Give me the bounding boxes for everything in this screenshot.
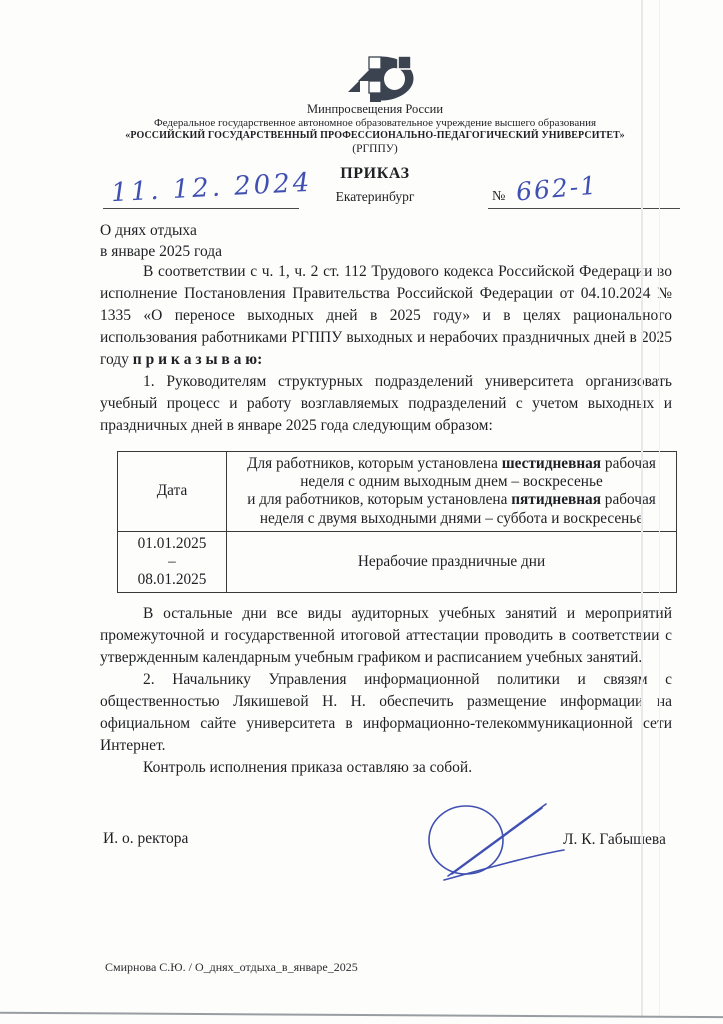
- number-field: № 662-1: [488, 180, 680, 209]
- ministry-name: Минпросвещения России: [80, 102, 670, 117]
- signatory-position: И. о. ректора: [103, 830, 188, 848]
- paragraph-preamble: В соответствии с ч. 1, ч. 2 ст. 112 Труд…: [100, 261, 672, 371]
- handwritten-signature: [418, 792, 578, 884]
- header-cell-description: Для работников, которым установлена шест…: [227, 452, 677, 532]
- date-from: 01.01.2025: [124, 535, 220, 553]
- ministry-logo-icon: [348, 55, 415, 102]
- org-full-name-line1: Федеральное государственное автономное о…: [60, 117, 690, 129]
- cell-date-range: 01.01.2025 – 08.01.2025: [118, 531, 227, 592]
- header-desc-line3: и для работников, которым установлена пя…: [233, 491, 670, 509]
- order-subject: О днях отдыха в январе 2025 года: [100, 220, 400, 262]
- scan-fold-line: [641, 0, 643, 1016]
- header-desc-line2: неделя с одним выходным днем – воскресен…: [233, 473, 670, 491]
- desc-l1-tail: рабочая: [601, 455, 656, 472]
- paragraph-other-days: В остальные дни все виды аудиторных учеб…: [100, 603, 672, 669]
- executor-footer: Смирнова С.Ю. / О_днях_отдыха_в_январе_2…: [105, 960, 358, 975]
- desc-l3-tail: рабочая: [601, 491, 656, 508]
- number-sign: №: [492, 189, 505, 205]
- desc-l3-normal: и для работников, которым установлена: [247, 491, 511, 508]
- desc-l3-bold: пятидневная: [511, 491, 601, 508]
- body-main: В остальные дни все виды аудиторных учеб…: [100, 603, 672, 779]
- signatory-name: Л. К. Габышева: [563, 831, 666, 849]
- prikazyvayu-keyword: п р и к а з ы в а ю:: [133, 351, 263, 368]
- org-full-name-line2: «РОССИЙСКИЙ ГОСУДАРСТВЕННЫЙ ПРОФЕССИОНАЛ…: [60, 130, 690, 141]
- date-field: 11. 12. 2024: [103, 177, 299, 209]
- subject-line-1: О днях отдыха: [100, 220, 400, 241]
- paragraph-item-1: 1. Руководителям структурных подразделен…: [100, 371, 672, 437]
- holidays-table: Дата Для работников, которым установлена…: [117, 451, 677, 593]
- scan-fold-line-2: [659, 0, 660, 1016]
- body-intro: В соответствии с ч. 1, ч. 2 ст. 112 Труд…: [100, 261, 672, 437]
- paragraph-item-2: 2. Начальнику Управления информационной …: [100, 669, 672, 757]
- header-desc-line1: Для работников, которым установлена шест…: [233, 455, 670, 473]
- handwritten-number: 662-1: [515, 170, 599, 206]
- paragraph-control: Контроль исполнения приказа оставляю за …: [100, 757, 672, 779]
- scan-page-bottom-edge: [0, 1012, 723, 1019]
- date-to: 08.01.2025: [124, 571, 220, 589]
- desc-l1-normal: Для работников, которым установлена: [247, 455, 502, 472]
- desc-l1-bold: шестидневная: [502, 455, 601, 472]
- scanned-order-page: Минпросвещения России Федеральное госуда…: [0, 0, 723, 1024]
- cell-day-type: Нерабочие праздничные дни: [227, 531, 677, 592]
- header-cell-date: Дата: [118, 452, 227, 532]
- date-dash: –: [124, 553, 220, 571]
- org-abbreviation: (РГППУ): [80, 143, 670, 155]
- table-data-row: 01.01.2025 – 08.01.2025 Нерабочие праздн…: [118, 531, 677, 592]
- table-header-row: Дата Для работников, которым установлена…: [118, 452, 677, 532]
- subject-line-2: в январе 2025 года: [100, 241, 400, 262]
- header-desc-line4: неделя с двумя выходными днями – суббота…: [233, 510, 670, 528]
